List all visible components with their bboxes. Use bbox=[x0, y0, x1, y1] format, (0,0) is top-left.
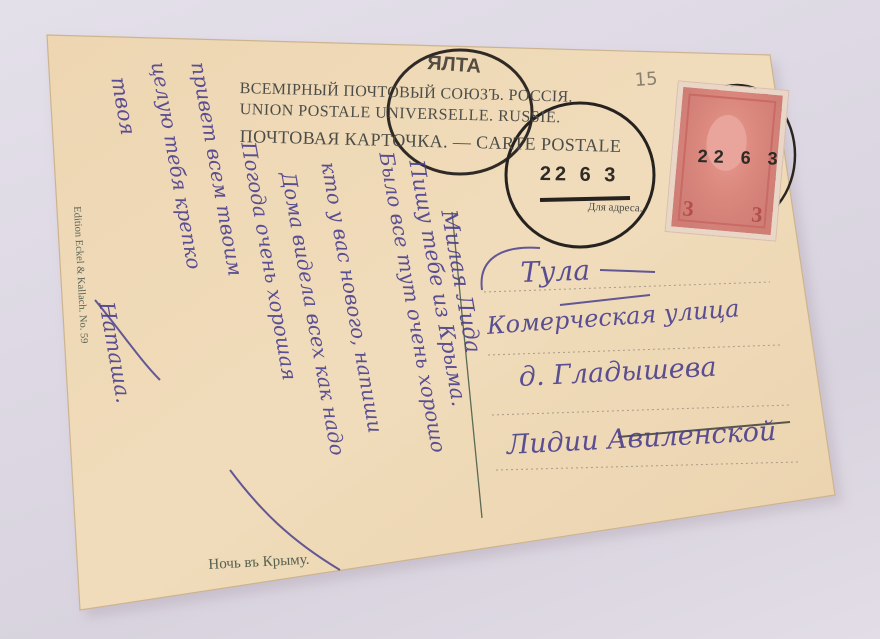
pencil-number: 15 bbox=[634, 68, 658, 91]
address-city: Тула bbox=[520, 254, 591, 289]
postmark-stamp-date: 22 6 3 bbox=[697, 146, 784, 170]
photo-scene: ВСЕМIРНЫЙ ПОЧТОВЫЙ СОЮЗЪ. РОССIЯ. UNION … bbox=[0, 0, 880, 639]
stamp-value-left: 3 bbox=[682, 195, 695, 222]
stamp-value-right: 3 bbox=[750, 201, 763, 228]
address-label: Для адреса. bbox=[588, 201, 643, 214]
postmark-top-text: ЯЛТА bbox=[426, 52, 481, 79]
postmark-middle-date: 22 6 3 bbox=[540, 163, 620, 187]
